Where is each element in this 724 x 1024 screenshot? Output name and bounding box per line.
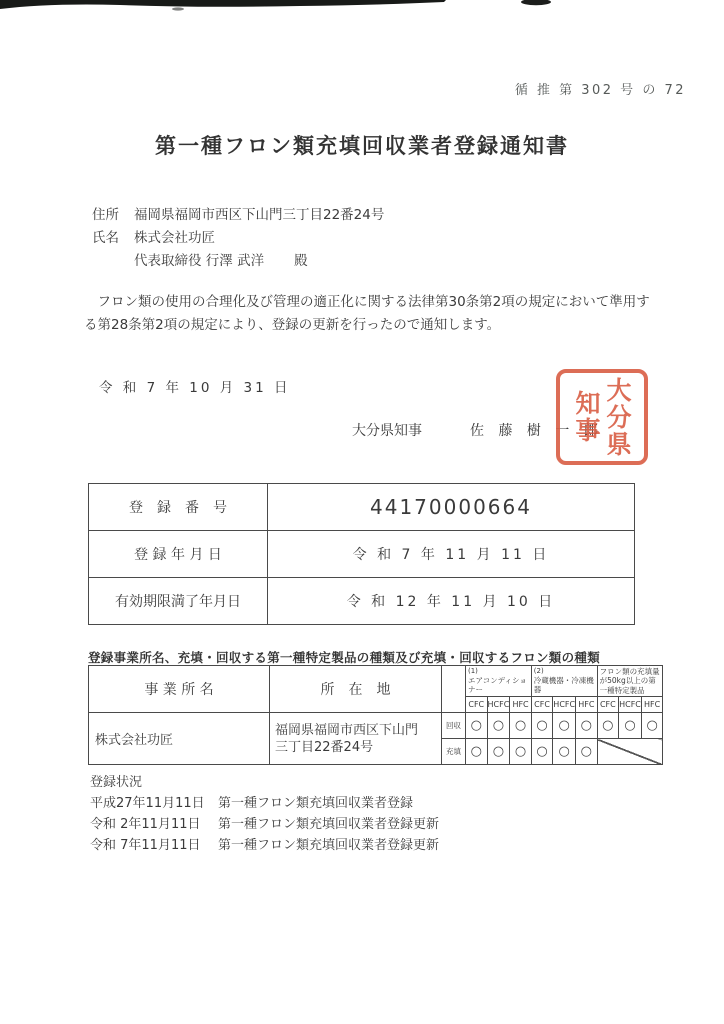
group-header-large-charge: フロン類の充填量が50kg以上の第一種特定製品 xyxy=(597,666,663,697)
history-heading: 登録状況 xyxy=(90,772,439,793)
company-name: 株式会社功匠 xyxy=(134,227,215,250)
refrigerant-type-header: HCFC xyxy=(619,697,642,713)
group-header-refrigeration: (2) 冷蔵機器・冷凍機器 xyxy=(531,666,597,697)
refrigerant-type-header: HFC xyxy=(510,697,532,713)
circle-mark: ○ xyxy=(466,739,488,765)
circle-mark: ○ xyxy=(576,713,598,739)
seal-text-left: 知事 xyxy=(571,390,602,444)
issue-date: 令 和 7 年 10 月 31 日 xyxy=(99,376,290,396)
circle-mark: ○ xyxy=(466,713,488,739)
group-header-air-conditioner: (1) エアコンディショナー xyxy=(466,666,532,697)
refrigerant-type-header: HCFC xyxy=(487,697,510,713)
expiration-date-label: 有効期限満了年月日 xyxy=(89,578,268,625)
addressee-representative-row: 代表取締役 行澤 武洋 殿 xyxy=(92,250,384,273)
notification-document: 循 推 第 302 号 の 72 第一種フロン類充填回収業者登録通知書 住所 福… xyxy=(0,0,724,1024)
circle-mark: ○ xyxy=(510,739,532,765)
history-event: 第一種フロン類充填回収業者登録更新 xyxy=(218,814,439,835)
refrigerant-type-header: CFC xyxy=(466,697,488,713)
history-date: 令和 7年11月11日 xyxy=(90,835,218,856)
refrigerant-type-header: HCFC xyxy=(553,697,576,713)
history-entry: 令和 2年11月11日 第一種フロン類充填回収業者登録更新 xyxy=(90,814,439,835)
history-event: 第一種フロン類充填回収業者登録 xyxy=(218,793,413,814)
circle-mark: ○ xyxy=(531,739,553,765)
circle-mark: ○ xyxy=(553,713,576,739)
circle-mark: ○ xyxy=(487,739,510,765)
recovery-row-label: 回収 xyxy=(442,713,466,739)
circle-mark: ○ xyxy=(619,713,642,739)
document-title: 第一種フロン類充填回収業者登録通知書 xyxy=(0,130,724,160)
products-table: 事 業 所 名 所 在 地 (1) エアコンディショナー (2) 冷蔵機器・冷凍… xyxy=(88,665,663,765)
table-header-row: 事 業 所 名 所 在 地 (1) エアコンディショナー (2) 冷蔵機器・冷凍… xyxy=(89,666,663,697)
table-row: 登 録 年 月 日 令 和 7 年 11 月 11 日 xyxy=(89,531,635,578)
circle-mark: ○ xyxy=(487,713,510,739)
circle-mark: ○ xyxy=(641,713,663,739)
name-label: 氏名 xyxy=(92,227,134,250)
registration-number-label: 登 録 番 号 xyxy=(89,484,268,531)
circle-mark: ○ xyxy=(510,713,532,739)
group-name: エアコンディショナー xyxy=(468,676,527,694)
products-table-caption: 登録事業所名、充填・回収する第一種特定製品の種類及び充填・回収するフロン類の種類 xyxy=(88,648,600,666)
location-cell: 福岡県福岡市西区下山門 三丁目22番24号 xyxy=(270,713,442,765)
registration-number-value: 44170000664 xyxy=(268,484,635,531)
representative-name: 代表取締役 行澤 武洋 xyxy=(134,250,264,273)
history-entry: 令和 7年11月11日 第一種フロン類充填回収業者登録更新 xyxy=(90,835,439,856)
refrigerant-type-header: HFC xyxy=(641,697,663,713)
group-name: フロン類の充填量が50kg以上の第一種特定製品 xyxy=(600,667,660,695)
document-number: 循 推 第 302 号 の 72 xyxy=(0,79,686,98)
expiration-date-value: 令 和 12 年 11 月 10 日 xyxy=(268,578,635,625)
history-date: 令和 2年11月11日 xyxy=(90,814,218,835)
issuer-title: 大分県知事 xyxy=(352,420,422,440)
operation-label-column-header xyxy=(442,666,466,713)
registration-date-label: 登 録 年 月 日 xyxy=(89,531,268,578)
registration-history: 登録状況 平成27年11月11日 第一種フロン類充填回収業者登録 令和 2年11… xyxy=(90,772,439,856)
group-name: 冷蔵機器・冷凍機器 xyxy=(534,676,594,694)
location-line: 三丁目22番24号 xyxy=(275,740,373,755)
seal-text-right: 大分県 xyxy=(602,377,633,458)
location-line: 福岡県福岡市西区下山門 xyxy=(275,723,418,738)
official-seal: 知事 大分県 xyxy=(556,369,648,465)
addressee-name-row: 氏名 株式会社功匠 xyxy=(92,227,384,250)
history-event: 第一種フロン類充填回収業者登録更新 xyxy=(218,835,439,856)
fill-row-label: 充填 xyxy=(442,739,466,765)
office-name-cell: 株式会社功匠 xyxy=(89,713,270,765)
circle-mark: ○ xyxy=(531,713,553,739)
registration-table: 登 録 番 号 44170000664 登 録 年 月 日 令 和 7 年 11… xyxy=(88,483,635,625)
office-name-header: 事 業 所 名 xyxy=(89,666,270,713)
circle-mark: ○ xyxy=(576,739,598,765)
refrigerant-type-header: HFC xyxy=(576,697,598,713)
table-row-recovery: 株式会社功匠 福岡県福岡市西区下山門 三丁目22番24号 回収 ○ ○ ○ ○ … xyxy=(89,713,663,739)
circle-mark: ○ xyxy=(597,713,619,739)
not-applicable-slash xyxy=(597,739,663,765)
table-row: 有効期限満了年月日 令 和 12 年 11 月 10 日 xyxy=(89,578,635,625)
circle-mark: ○ xyxy=(553,739,576,765)
refrigerant-type-header: CFC xyxy=(597,697,619,713)
group-number: (1) xyxy=(468,667,529,676)
address-value: 福岡県福岡市西区下山門三丁目22番24号 xyxy=(134,204,384,227)
table-row: 登 録 番 号 44170000664 xyxy=(89,484,635,531)
refrigerant-type-header: CFC xyxy=(531,697,553,713)
location-header: 所 在 地 xyxy=(270,666,442,713)
registration-date-value: 令 和 7 年 11 月 11 日 xyxy=(268,531,635,578)
honorific: 殿 xyxy=(294,250,308,273)
scan-artifact xyxy=(0,0,724,14)
notification-paragraph: フロン類の使用の合理化及び管理の適正化に関する法律第30条第2項の規定において準… xyxy=(84,291,652,336)
history-entry: 平成27年11月11日 第一種フロン類充填回収業者登録 xyxy=(90,793,439,814)
addressee-block: 住所 福岡県福岡市西区下山門三丁目22番24号 氏名 株式会社功匠 代表取締役 … xyxy=(92,204,384,273)
address-label: 住所 xyxy=(92,204,134,227)
group-number: (2) xyxy=(534,667,595,676)
history-date: 平成27年11月11日 xyxy=(90,793,218,814)
addressee-address-row: 住所 福岡県福岡市西区下山門三丁目22番24号 xyxy=(92,204,384,227)
